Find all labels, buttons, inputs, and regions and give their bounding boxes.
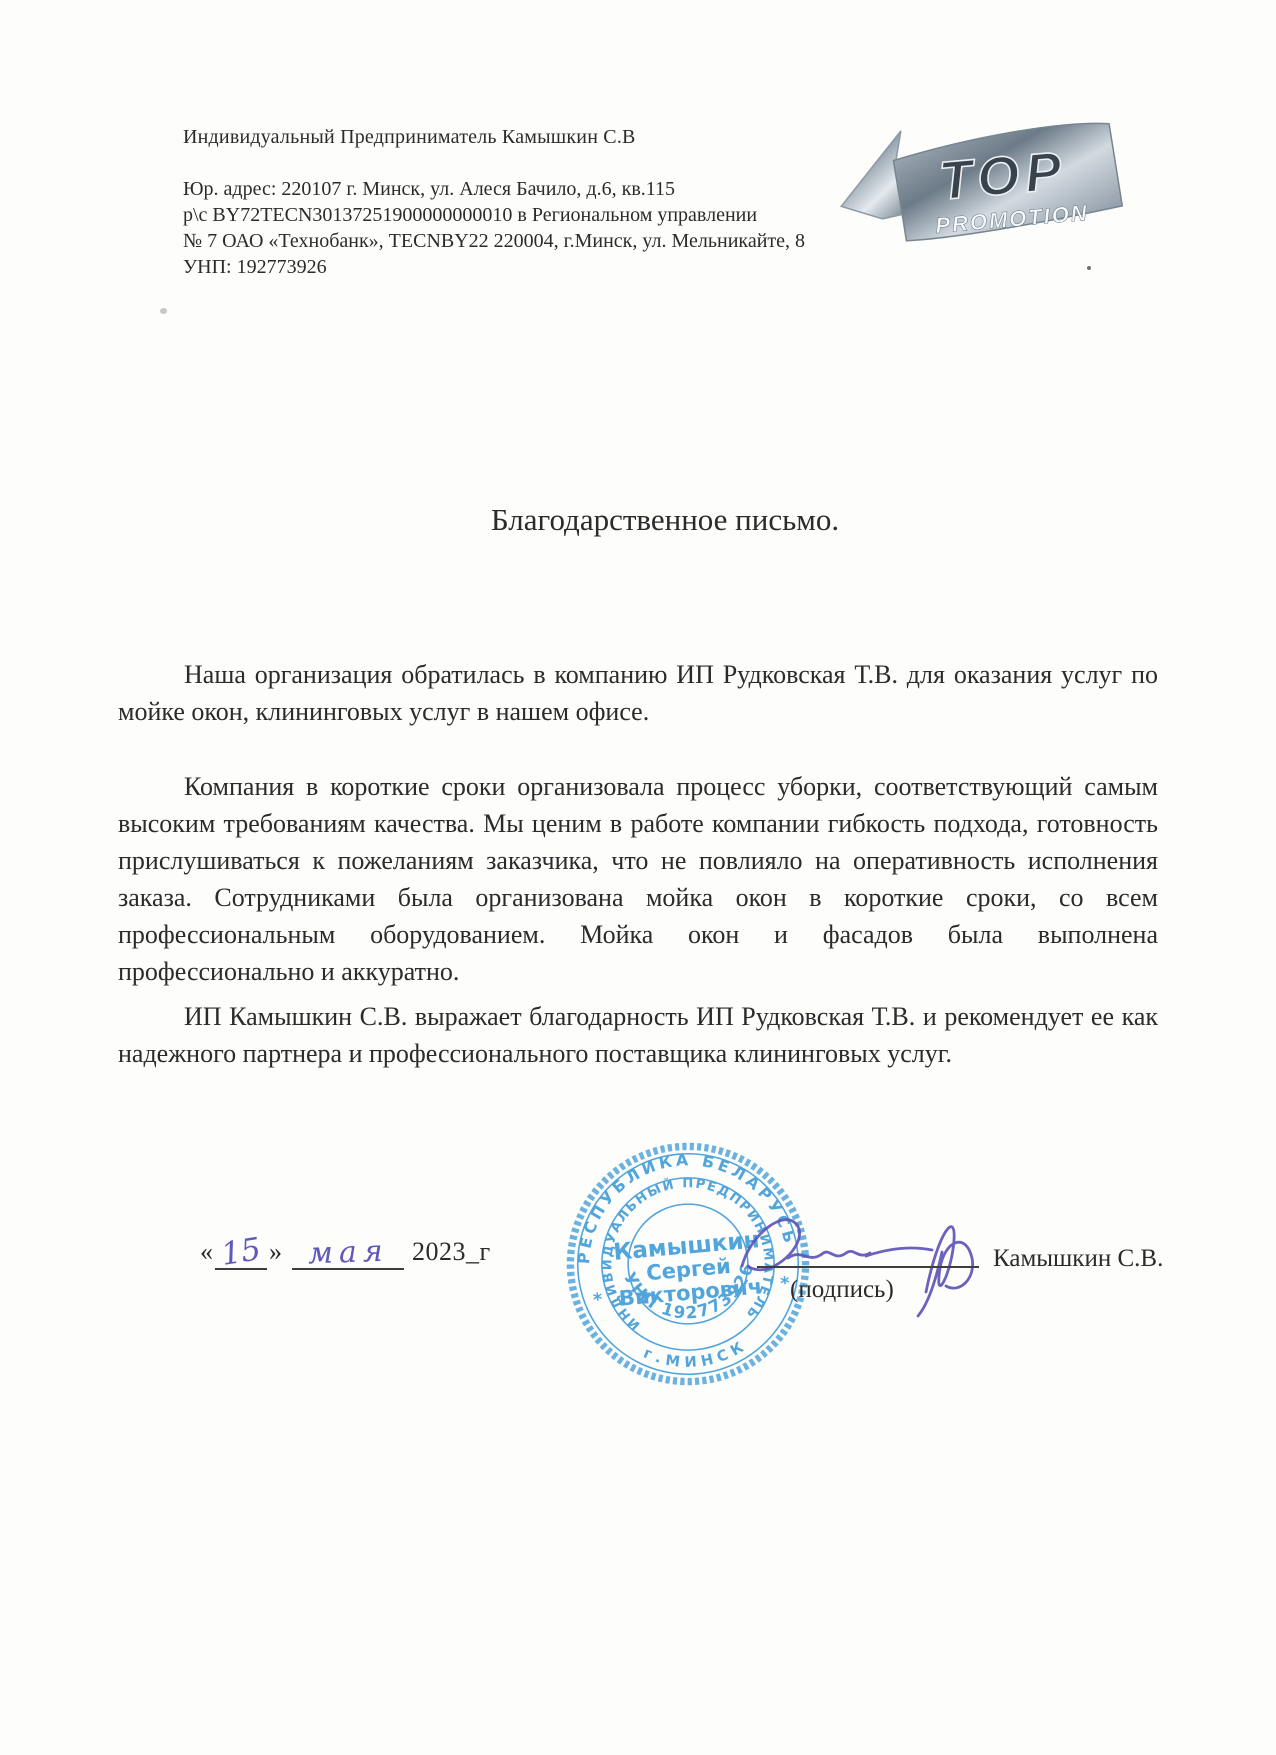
address-line: УНП: 192773926 [183, 254, 805, 280]
date-close-quote: » [269, 1237, 282, 1266]
handwritten-signature [730, 1200, 998, 1326]
signature-caption: (подпись) [790, 1276, 894, 1304]
body-paragraph: ИП Камышкин С.В. выражает благодарность … [118, 998, 1158, 1072]
handwritten-month: мая [307, 1234, 389, 1272]
scanned-letter-page: Индивидуальный Предприниматель Камышкин … [0, 0, 1276, 1755]
signature-line [757, 1266, 979, 1268]
address-line: Юр. адрес: 220107 г. Минск, ул. Алеся Ба… [183, 176, 805, 202]
date-line: «15»мая2023_г [200, 1232, 491, 1270]
handwritten-day: 15 [219, 1231, 264, 1273]
date-day-slot: 15 [215, 1232, 267, 1270]
address-line: р\с BY72TECN30137251900000000010 в Регио… [183, 202, 805, 228]
top-promotion-logo-icon: TOP PROMOTION [834, 108, 1130, 264]
top-promotion-logo: TOP PROMOTION [834, 108, 1130, 264]
letterhead-address-block: Юр. адрес: 220107 г. Минск, ул. Алеся Ба… [183, 176, 805, 280]
address-line: № 7 ОАО «Технобанк», TECNBY22 220004, г.… [183, 228, 805, 254]
scan-artifact [1087, 266, 1091, 270]
logo-text-top: TOP [937, 141, 1070, 212]
date-open-quote: « [200, 1237, 213, 1266]
stamp-star-left: * [592, 1289, 603, 1311]
date-year: 2023_г [412, 1237, 491, 1266]
letterhead-owner-line: Индивидуальный Предприниматель Камышкин … [183, 126, 636, 149]
scan-artifact [160, 308, 167, 314]
letter-title: Благодарственное письмо. [0, 502, 1276, 538]
date-month-slot: мая [292, 1233, 404, 1270]
body-paragraph: Компания в короткие сроки организовала п… [118, 768, 1158, 990]
signatory-name: Камышкин С.В. [993, 1245, 1163, 1273]
body-paragraph: Наша организация обратилась в компанию И… [118, 656, 1158, 730]
